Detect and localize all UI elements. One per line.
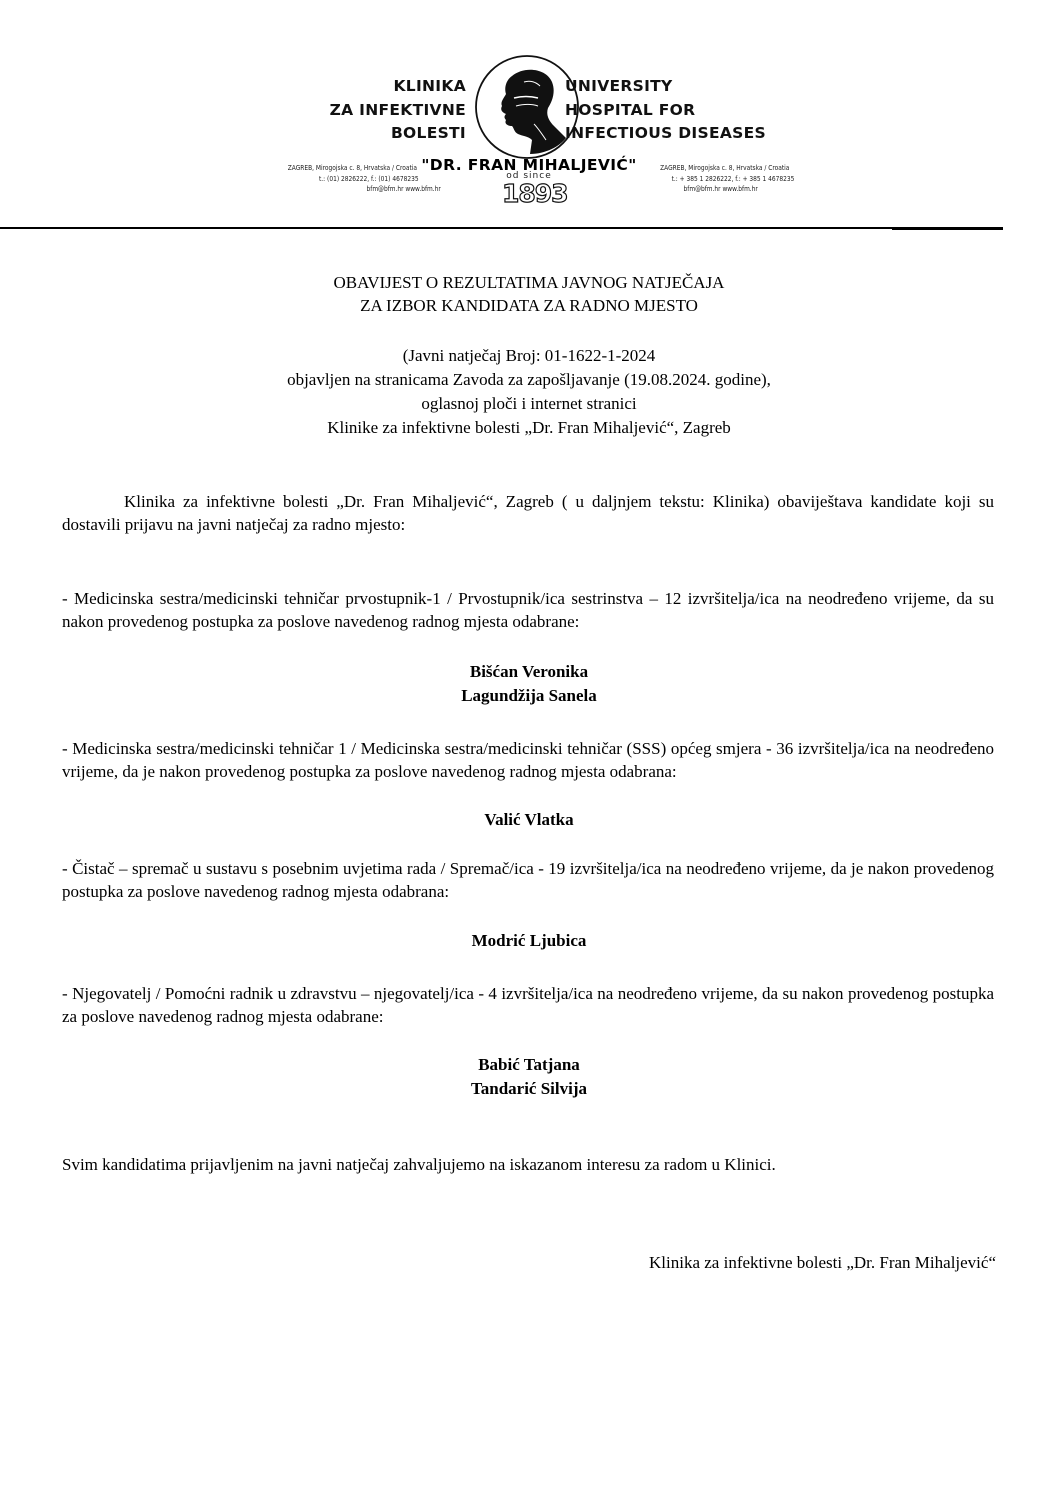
candidate-name: Lagundžija Sanela: [0, 684, 1058, 708]
contact-address: ZAGREB, Mirogojska c. 8, Hrvatska / Croa…: [647, 163, 794, 174]
subtitle-line: oglasnoj ploči i internet stranici: [0, 392, 1058, 416]
letterhead-contact-left: ZAGREB, Mirogojska c. 8, Hrvatska / Croa…: [264, 163, 441, 195]
position-description: - Medicinska sestra/medicinski tehničar …: [62, 737, 994, 783]
subtitle-line: (Javni natječaj Broj: 01-1622-1-2024: [0, 344, 1058, 368]
since-year: 1893: [502, 181, 556, 207]
document-page: KLINIKA ZA INFEKTIVNE BOLESTI UNIVERSITY…: [0, 0, 1058, 1497]
contact-email-web: bfm@bfm.hr www.bfm.hr: [264, 184, 441, 195]
subtitle-line: objavljen na stranicama Zavoda za zapošl…: [0, 368, 1058, 392]
document-title: OBAVIJEST O REZULTATIMA JAVNOG NATJEČAJA…: [0, 271, 1058, 317]
signature: Klinika za infektivne bolesti „Dr. Fran …: [649, 1253, 996, 1273]
header-divider: [0, 227, 1003, 229]
letterhead-right-line: INFECTIOUS DISEASES: [565, 122, 766, 146]
contact-phone: t.: (01) 2826222, f.: (01) 4678235: [264, 174, 441, 185]
selected-candidates: Bišćan Veronika Lagundžija Sanela: [0, 660, 1058, 708]
document-subtitle: (Javni natječaj Broj: 01-1622-1-2024 obj…: [0, 344, 1058, 440]
letterhead-left-line: KLINIKA: [330, 75, 466, 99]
intro-paragraph: Klinika za infektivne bolesti „Dr. Fran …: [62, 490, 994, 536]
letterhead-left-name: KLINIKA ZA INFEKTIVNE BOLESTI: [330, 75, 466, 146]
letterhead-left-line: ZA INFEKTIVNE: [330, 99, 466, 123]
contact-phone: t.: + 385 1 2826222, f.: + 385 1 4678235: [647, 174, 794, 185]
position-description: - Čistač – spremač u sustavu s posebnim …: [62, 857, 994, 903]
letterhead-right-line: UNIVERSITY: [565, 75, 766, 99]
subtitle-line: Klinike za infektivne bolesti „Dr. Fran …: [0, 416, 1058, 440]
closing-paragraph: Svim kandidatima prijavljenim na javni n…: [62, 1153, 994, 1176]
candidate-name: Babić Tatjana: [0, 1053, 1058, 1077]
candidate-name: Tandarić Silvija: [0, 1077, 1058, 1101]
candidate-name: Valić Vlatka: [0, 808, 1058, 832]
position-description: - Medicinska sestra/medicinski tehničar …: [62, 587, 994, 633]
letterhead-right-name: UNIVERSITY HOSPITAL FOR INFECTIOUS DISEA…: [565, 75, 766, 146]
title-line: ZA IZBOR KANDIDATA ZA RADNO MJESTO: [0, 294, 1058, 317]
header-divider-accent: [892, 227, 1003, 230]
since-badge: od since 1893: [502, 171, 556, 207]
letterhead-right-line: HOSPITAL FOR: [565, 99, 766, 123]
candidate-name: Modrić Ljubica: [0, 929, 1058, 953]
selected-candidates: Babić Tatjana Tandarić Silvija: [0, 1053, 1058, 1101]
selected-candidates: Modrić Ljubica: [0, 929, 1058, 953]
title-line: OBAVIJEST O REZULTATIMA JAVNOG NATJEČAJA: [0, 271, 1058, 294]
intro-text: Klinika za infektivne bolesti „Dr. Fran …: [62, 492, 994, 534]
letterhead-left-line: BOLESTI: [330, 122, 466, 146]
position-description: - Njegovatelj / Pomoćni radnik u zdravst…: [62, 982, 994, 1028]
candidate-name: Bišćan Veronika: [0, 660, 1058, 684]
contact-email-web: bfm@bfm.hr www.bfm.hr: [647, 184, 794, 195]
selected-candidates: Valić Vlatka: [0, 808, 1058, 832]
contact-address: ZAGREB, Mirogojska c. 8, Hrvatska / Croa…: [264, 163, 441, 174]
letterhead-contact-right: ZAGREB, Mirogojska c. 8, Hrvatska / Croa…: [647, 163, 794, 195]
